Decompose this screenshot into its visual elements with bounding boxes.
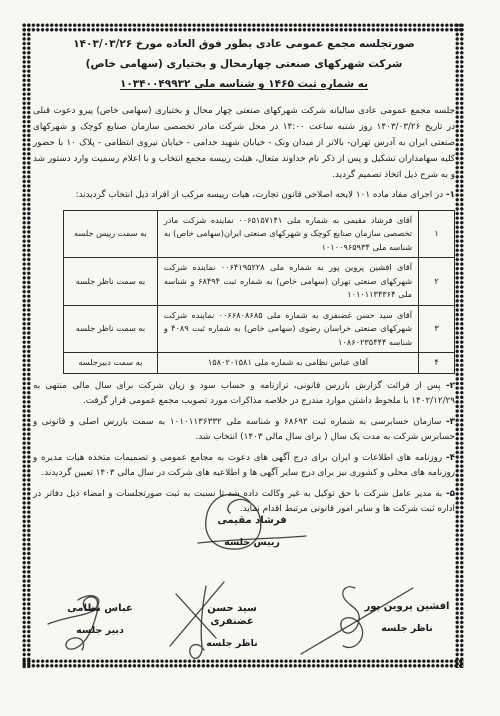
row-number-cell: ۳ — [419, 305, 455, 353]
signature-name: افشین پروین پور — [361, 600, 453, 613]
scanned-meeting-minutes-page: صورتجلسه مجمع عمومی عادی بطور فوق العاده… — [0, 0, 500, 716]
row-number-cell: ۴ — [419, 353, 455, 374]
table-row: ۴ آقای عباس نظامی به شماره ملی ۱۵۸۰۲۰۱۵۸… — [64, 353, 455, 374]
table-row: ۲ آقای افشین پروین پور به شماره ملی ۰۰۶۴… — [64, 258, 455, 306]
officer-desc-cell: آقای عباس نظامی به شماره ملی ۱۵۸۰۲۰۱۵۸۱ — [157, 353, 418, 374]
item-number: ۵- — [446, 489, 455, 499]
signature-role: ناظر جلسه — [184, 637, 280, 650]
signature-name: سید حسن غضنفری — [184, 602, 280, 628]
signature-role: دبیر جلسه — [52, 624, 148, 637]
table-row: ۳ آقای سید حسن غضنفری به شماره ملی ۰۰۶۶۸… — [64, 305, 455, 353]
signature-block-abbas: عباس نظامی دبیر جلسه — [52, 592, 148, 664]
officers-table: ۱ آقای فرشاد مقیمی به شماره ملی ۰۰۶۵۱۵۷۱… — [63, 210, 455, 374]
item-number: ۱- — [446, 190, 455, 200]
border-right — [455, 23, 464, 668]
officer-desc-cell: آقای فرشاد مقیمی به شماره ملی ۰۰۶۵۱۵۷۱۴۱… — [157, 210, 418, 258]
signature-block-hasan: سید حسن غضنفری ناظر جلسه — [162, 580, 280, 664]
item-number: ۴- — [446, 453, 455, 463]
header-title-line: صورتجلسه مجمع عمومی عادی بطور فوق العاده… — [33, 34, 455, 54]
row-number-cell: ۱ — [419, 210, 455, 258]
signature-block-afshin: افشین پروین پور ناظر جلسه — [295, 580, 453, 662]
officer-desc-cell: آقای سید حسن غضنفری به شماره ملی ۰۰۶۶۸۰۸… — [157, 305, 418, 353]
officer-role-cell: به سمت دبیرجلسه — [64, 353, 158, 374]
resolution-item-1: ۱- در اجرای مفاد ماده ۱۰۱ لایحه اصلاحی ق… — [33, 188, 455, 204]
resolution-item-3: ۳- سازمان حسابرسی به شماره ثبت ۶۸۶۹۲ و ش… — [33, 415, 455, 446]
officer-role-cell: به سمت ناظر جلسه — [64, 305, 158, 353]
item-text: پس از قرائت گزارش بازرس قانونی، ترازنامه… — [33, 381, 455, 407]
signature-name: فرشاد مقیمی — [192, 514, 312, 527]
document-header: صورتجلسه مجمع عمومی عادی بطور فوق العاده… — [33, 34, 455, 94]
table-row: ۱ آقای فرشاد مقیمی به شماره ملی ۰۰۶۵۱۵۷۱… — [64, 210, 455, 258]
header-company-line: شرکت شهرکهای صنعتی چهارمحال و بختیاری (س… — [33, 54, 455, 74]
signature-name: عباس نظامی — [52, 602, 148, 615]
document-content: صورتجلسه مجمع عمومی عادی بطور فوق العاده… — [33, 34, 455, 518]
item-text: سازمان حسابرسی به شماره ثبت ۶۸۶۹۲ و شناس… — [33, 417, 455, 443]
item-text: روزنامه های اطلاعات و ایران برای درج آگه… — [33, 453, 455, 479]
officer-role-cell: به سمت رییس جلسه — [64, 210, 158, 258]
item-number: ۲- — [446, 381, 455, 391]
item-number: ۳- — [446, 417, 455, 427]
row-number-cell: ۲ — [419, 258, 455, 306]
officer-desc-cell: آقای افشین پروین پور به شماره ملی ۰۰۶۴۱۹… — [157, 258, 418, 306]
header-registration-line: به شماره ثبت ۱۴۶۵ و شناسه ملی ۱۰۳۴۰۰۴۹۹۳… — [33, 74, 455, 94]
intro-paragraph: جلسه مجمع عمومی عادی سالیانه شرکت شهرکها… — [33, 103, 455, 183]
resolution-item-4: ۴- روزنامه های اطلاعات و ایران برای درج … — [33, 451, 455, 482]
border-top — [22, 23, 464, 32]
signature-block-chairman: فرشاد مقیمی رییس جلسه — [192, 486, 312, 566]
signature-role: رییس جلسه — [192, 536, 312, 549]
officer-role-cell: به سمت ناظر جلسه — [64, 258, 158, 306]
resolution-item-2: ۲- پس از قرائت گزارش بازرس قانونی، ترازن… — [33, 379, 455, 410]
item-text: در اجرای مفاد ماده ۱۰۱ لایحه اصلاحی قانو… — [76, 190, 444, 200]
border-left — [22, 23, 31, 668]
signature-role: ناظر جلسه — [361, 622, 453, 635]
